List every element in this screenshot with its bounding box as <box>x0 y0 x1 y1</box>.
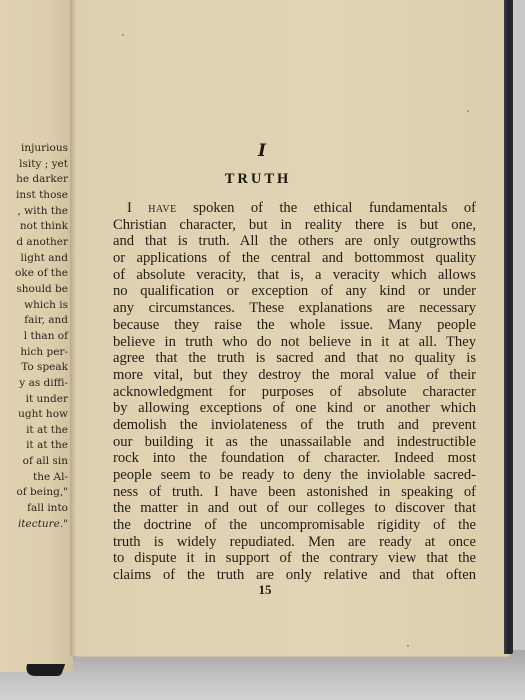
left-line: ught how <box>0 407 68 423</box>
left-line: oke of the <box>0 266 68 282</box>
body-line: truth is widely repudiated. Men are read… <box>113 534 476 551</box>
left-page-text: injurious lsity ; yet he darker inst tho… <box>0 141 68 532</box>
paper-speck <box>467 110 469 112</box>
paper-speck <box>122 34 124 36</box>
body-text: I have spoken of the ethical fundamental… <box>113 200 476 584</box>
body-line: by allowing exceptions of one kind or an… <box>113 400 476 417</box>
left-line: it at the <box>0 438 68 454</box>
left-line: hich per- <box>0 345 68 361</box>
left-page: injurious lsity ; yet he darker inst tho… <box>0 0 73 672</box>
chapter-number: I <box>252 141 272 161</box>
book-cover-shadow <box>23 664 65 676</box>
body-line: of absolute veracity, that is, a veracit… <box>113 267 476 284</box>
left-line: of all sin <box>0 454 68 470</box>
body-line: because they raise the whole issue. Many… <box>113 317 476 334</box>
left-line: , with the <box>0 204 68 220</box>
body-line: ness of truth. I have been astonished in… <box>113 484 476 501</box>
body-line: our building it as the unassailable and … <box>113 434 476 451</box>
left-line: injurious <box>0 141 68 157</box>
left-line: it under <box>0 392 68 408</box>
body-line: the matter in and out of our colleges to… <box>113 500 476 517</box>
body-line: Christian character, but in reality ther… <box>113 217 476 234</box>
page-number: 15 <box>250 582 280 598</box>
body-line: people seem to be ready to deny the invi… <box>113 467 476 484</box>
body-line: claims of the truth are only relative an… <box>113 567 476 584</box>
body-line: any circumstances. These explanations ar… <box>113 300 476 317</box>
left-line: y as diffi- <box>0 376 68 392</box>
table-surface <box>0 650 525 700</box>
body-line: to dispute it in support of the contrary… <box>113 550 476 567</box>
left-line: he darker <box>0 172 68 188</box>
body-line: demolish the inviolateness of the truth … <box>113 417 476 434</box>
left-line: of being," <box>0 485 68 501</box>
chapter-title: TRUTH <box>160 171 356 188</box>
left-line: light and <box>0 251 68 267</box>
left-line: which is <box>0 298 68 314</box>
left-line: should be <box>0 282 68 298</box>
left-line: To speak <box>0 360 68 376</box>
body-line-first: I have spoken of the ethical fundamental… <box>113 200 476 217</box>
left-line: fall into <box>0 501 68 517</box>
left-line: lsity ; yet <box>0 157 68 173</box>
first-line-rest: spoken of the ethical fundamentals of <box>193 200 476 216</box>
paper-speck <box>407 645 409 647</box>
body-line: the doctrine of the uncompromisable rigi… <box>113 517 476 534</box>
body-line: agree that the truth is sacred and that … <box>113 350 476 367</box>
body-line: rock into the foundation of character. I… <box>113 450 476 467</box>
left-line: not think <box>0 219 68 235</box>
left-line: d another <box>0 235 68 251</box>
left-line: l than of <box>0 329 68 345</box>
left-line: the Al- <box>0 470 68 486</box>
left-line: itecture." <box>0 517 68 533</box>
smallcaps-word: have <box>148 200 176 216</box>
body-line: believe in truth who do not believe in i… <box>113 334 476 351</box>
book-cover-edge <box>504 0 513 654</box>
left-line: it at the <box>0 423 68 439</box>
drop-word: I <box>127 200 132 216</box>
left-line: fair, and <box>0 313 68 329</box>
body-line: acknowledgment for purposes of absolute … <box>113 384 476 401</box>
left-line: inst those <box>0 188 68 204</box>
body-line: and that is truth. All the others are on… <box>113 233 476 250</box>
body-line: no qualification or exception of any kin… <box>113 283 476 300</box>
body-line: more vital, but they destroy the moral v… <box>113 367 476 384</box>
body-line: or applications of the central and botto… <box>113 250 476 267</box>
